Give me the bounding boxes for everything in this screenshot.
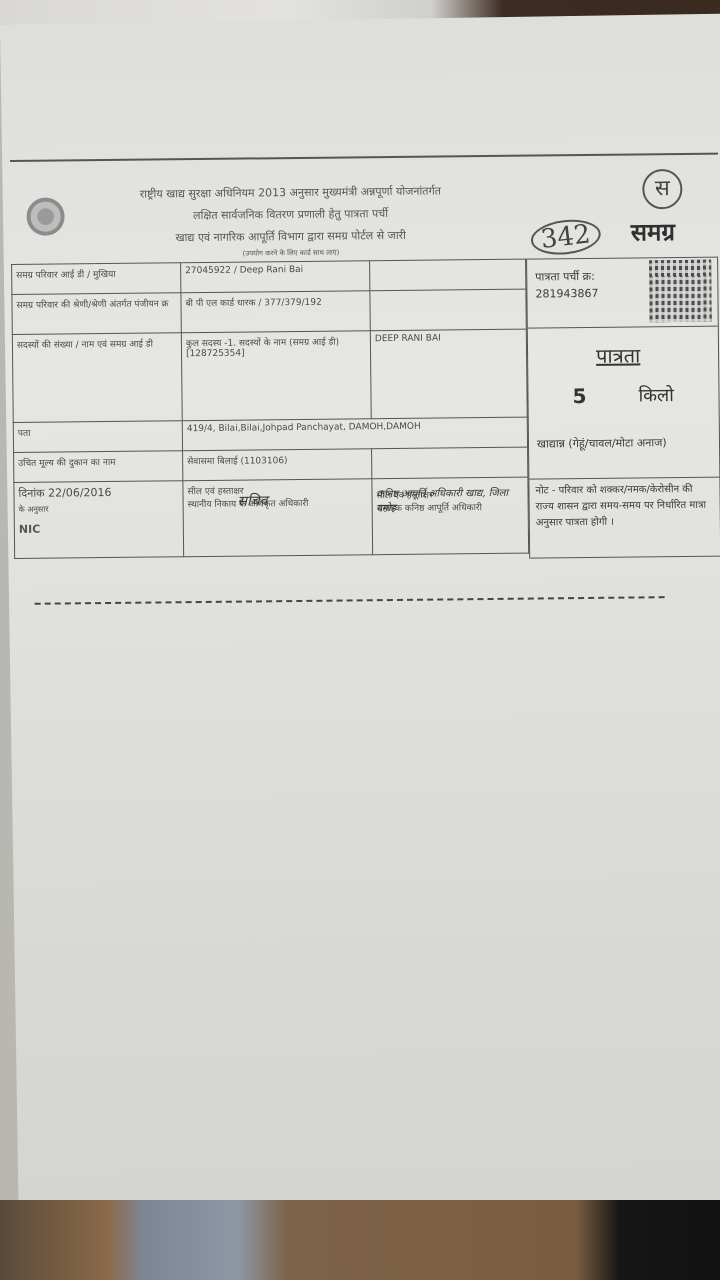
samagra-brand: समग्र bbox=[631, 215, 675, 248]
row-label: उचित मूल्य की दुकान का नाम bbox=[14, 451, 183, 483]
row-label: सदस्यों की संख्या / नाम एवं समग्र आई डी bbox=[12, 333, 182, 423]
details-table: समग्र परिवार आई डी / मुखिया 27045922 / D… bbox=[11, 259, 529, 559]
date-cell: दिनांक 22/06/2016 के अनुसार NIC bbox=[14, 481, 184, 559]
row-value: सेवासमा बिलाई (1103106) bbox=[183, 449, 372, 481]
row-value: कुल सदस्य -1. सदस्यों के नाम (समग्र आई ड… bbox=[181, 331, 371, 421]
samagra-logo-icon: स bbox=[642, 169, 682, 209]
table-row: सदस्यों की संख्या / नाम एवं समग्र आई डी … bbox=[12, 329, 527, 422]
header-line-1: राष्ट्रीय खाद्य सुरक्षा अधिनियम 2013 अनु… bbox=[10, 182, 570, 203]
member-name: DEEP RANI BAI bbox=[370, 329, 527, 419]
slip-header: राष्ट्रीय खाद्य सुरक्षा अधिनियम 2013 अनु… bbox=[10, 153, 719, 262]
officer-cell: कनिष्ठ आपूर्ति अधिकारी खाद्य, जिला दमोह … bbox=[372, 477, 529, 555]
row-value: 419/4, Bilai,Bilai,Johpad Panchayat, DAM… bbox=[182, 417, 527, 451]
row-label: समग्र परिवार आई डी / मुखिया bbox=[12, 263, 181, 295]
row-value: बी पी एल कार्ड धारक / 377/379/192 bbox=[181, 291, 370, 333]
slip-number-label: पात्रता पर्ची क्र: bbox=[535, 269, 595, 285]
table-row: समग्र परिवार की श्रेणी/श्रेणी अंतर्गत पं… bbox=[12, 289, 526, 334]
eligibility-title: पात्रता bbox=[596, 341, 640, 368]
nic-logo: NIC bbox=[19, 521, 179, 536]
slip-number: 281943867 bbox=[535, 287, 598, 301]
eligibility-unit: किलो bbox=[638, 383, 674, 407]
slip-number-box: पात्रता पर्ची क्र: 281943867 bbox=[527, 258, 718, 329]
footer-row: दिनांक 22/06/2016 के अनुसार NIC सचिव सील… bbox=[14, 477, 529, 558]
local-authority-label: स्थानीय निकाय के अधिकृत अधिकारी bbox=[188, 495, 368, 510]
header-line-3: खाद्य एवं नागरिक आपूर्ति विभाग द्वारा सम… bbox=[11, 226, 571, 247]
background-table-surface bbox=[0, 1200, 720, 1280]
header-line-2: लक्षित सार्वजनिक वितरण प्रणाली हेतु पात्… bbox=[11, 204, 571, 225]
eligibility-slip: राष्ट्रीय खाद्य सुरक्षा अधिनियम 2013 अनु… bbox=[10, 153, 720, 580]
row-value: 27045922 / Deep Rani Bai bbox=[181, 261, 370, 293]
row-empty bbox=[372, 447, 528, 479]
local-stamp: सचिव bbox=[237, 491, 267, 510]
eligibility-panel: पात्रता पर्ची क्र: 281943867 पात्रता 5 क… bbox=[526, 257, 720, 559]
row-label: पता bbox=[13, 421, 182, 453]
grain-type: खाद्यान्न (गेहूं/चावल/मोटा अनाज) bbox=[537, 433, 712, 455]
row-label: समग्र परिवार की श्रेणी/श्रेणी अंतर्गत पं… bbox=[12, 293, 181, 335]
date-sub: के अनुसार bbox=[19, 502, 179, 515]
row-empty bbox=[370, 289, 526, 331]
date-label: दिनांक bbox=[18, 487, 44, 500]
issue-date: 22/06/2016 bbox=[48, 486, 112, 500]
local-authority-cell: सचिव सील एवं हस्ताक्षर स्थानीय निकाय के … bbox=[183, 479, 373, 557]
eligibility-box: पात्रता 5 किलो खाद्यान्न (गेहूं/चावल/मोट… bbox=[528, 327, 720, 480]
eligibility-quantity: 5 bbox=[572, 384, 586, 408]
row-empty bbox=[370, 259, 526, 291]
qr-code-icon bbox=[649, 260, 712, 323]
officer-stamp: कनिष्ठ आपूर्ति अधिकारी खाद्य, जिला दमोह bbox=[376, 485, 528, 515]
note-text: नोट - परिवार को शक्कर/नमक/केरोसीन की राज… bbox=[529, 478, 720, 558]
